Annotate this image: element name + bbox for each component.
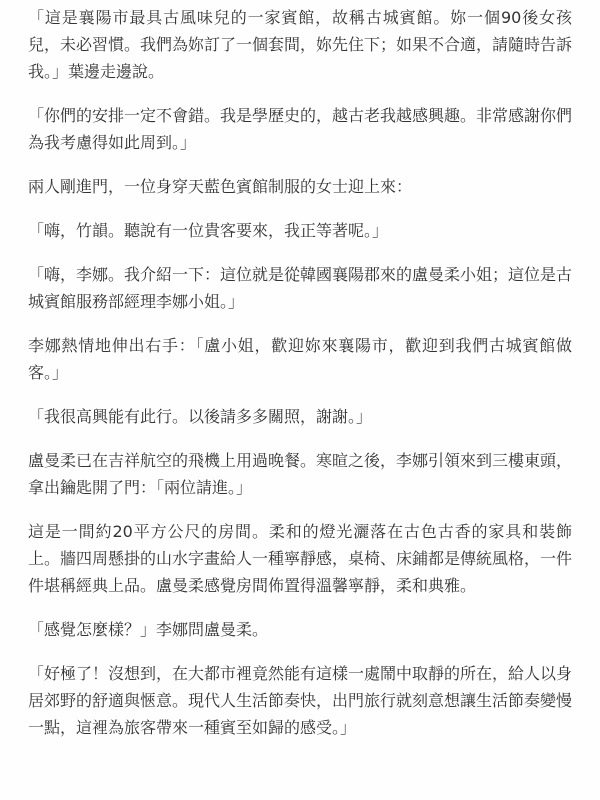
paragraph: 「我很高興能有此行。以後請多多關照，謝謝。」 [28, 403, 572, 430]
paragraph: 「你們的安排一定不會錯。我是學歷史的，越古老我越感興趣。非常感謝你們為我考慮得如… [28, 102, 572, 156]
paragraph: 「嗨，李娜。我介紹一下：這位就是從韓國襄陽郡來的盧曼柔小姐；這位是古城賓館服務部… [28, 261, 572, 315]
paragraph: 「嗨，竹韻。聽說有一位貴客要來，我正等著呢。」 [28, 217, 572, 244]
paragraph: 李娜熱情地伸出右手：「盧小姐，歡迎妳來襄陽市，歡迎到我們古城賓館做客。」 [28, 332, 572, 386]
paragraph: 「這是襄陽市最具古風味兒的一家賓館，故稱古城賓館。妳一個90後女孩兒，未必習慣。… [28, 4, 572, 85]
paragraph: 盧曼柔已在吉祥航空的飛機上用過晚餐。寒暄之後，李娜引領來到三樓東頭，拿出鑰匙開了… [28, 447, 572, 501]
paragraph: 「感覺怎麼樣？」李娜問盧曼柔。 [28, 616, 572, 643]
paragraph: 「好極了！沒想到，在大都市裡竟然能有這樣一處鬧中取靜的所在，給人以身居郊野的舒適… [28, 660, 572, 741]
paragraph: 這是一間約20平方公尺的房間。柔和的燈光灑落在古色古香的家具和裝飾上。牆四周懸掛… [28, 518, 572, 599]
document-page: 「這是襄陽市最具古風味兒的一家賓館，故稱古城賓館。妳一個90後女孩兒，未必習慣。… [0, 0, 600, 741]
paragraph: 兩人剛進門，一位身穿天藍色賓館制服的女士迎上來： [28, 173, 572, 200]
